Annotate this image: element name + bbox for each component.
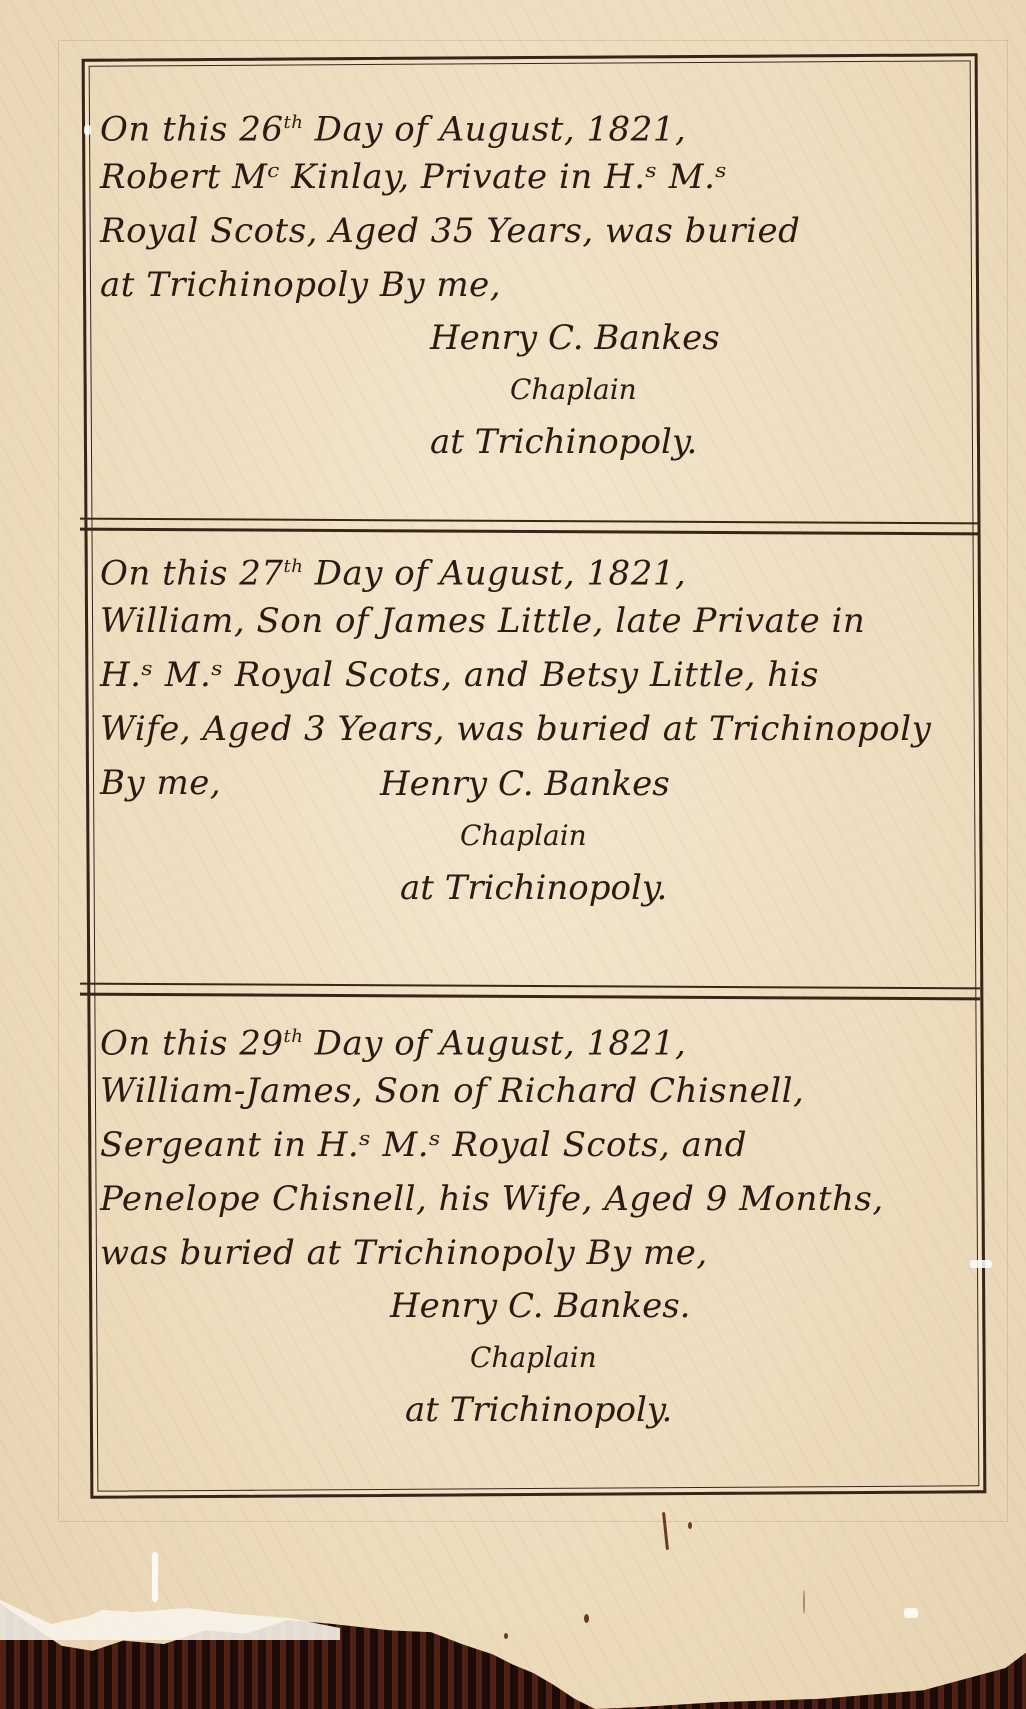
glare-spot <box>152 1552 158 1602</box>
entry-text-line: Royal Scots, Aged 35 Years, was buried <box>100 204 960 258</box>
entry-date-line: On this 29th Day of August, 1821, <box>100 1010 960 1064</box>
entry-text-line: was buried at Trichinopoly By me, <box>100 1226 960 1280</box>
date-suffix: Day of August, 1821, <box>303 553 686 593</box>
entry-date-line: On this 27th Day of August, 1821, <box>100 540 960 594</box>
date-ordinal: th <box>284 112 304 133</box>
ink-mark <box>803 1590 805 1614</box>
signature-place: at Trichinopoly. <box>100 416 960 468</box>
ink-speck <box>504 1633 508 1639</box>
register-page: On this 26th Day of August, 1821, Robert… <box>0 0 1026 1709</box>
entry-text-line: at Trichinopoly By me, <box>100 258 960 312</box>
date-suffix: Day of August, 1821, <box>303 109 686 149</box>
signature-title: Chaplain <box>100 810 960 862</box>
date-prefix: On this 26 <box>100 109 284 149</box>
entry-text-line: William, Son of James Little, late Priva… <box>100 594 960 648</box>
glare-spot <box>970 1260 992 1268</box>
date-ordinal: th <box>284 1026 304 1047</box>
glare-spot <box>84 125 91 135</box>
entry-text-line: H.ˢ M.ˢ Royal Scots, and Betsy Little, h… <box>100 648 960 702</box>
entry-text-line: Robert Mᶜ Kinlay, Private in H.ˢ M.ˢ <box>100 150 960 204</box>
entry-text-line: William-James, Son of Richard Chisnell, <box>100 1064 960 1118</box>
ink-speck <box>688 1522 692 1529</box>
signature-name: Henry C. Bankes. <box>100 1280 960 1332</box>
date-prefix: On this 29 <box>100 1023 284 1063</box>
signature-place: at Trichinopoly. <box>100 1384 960 1436</box>
signature-name: Henry C. Bankes <box>100 312 960 364</box>
entry-date-line: On this 26th Day of August, 1821, <box>100 96 960 150</box>
ink-speck <box>584 1614 589 1623</box>
date-prefix: On this 27 <box>100 553 284 593</box>
entry-text-line: Wife, Aged 3 Years, was buried at Trichi… <box>100 702 960 756</box>
entry-text-line: Sergeant in H.ˢ M.ˢ Royal Scots, and <box>100 1118 960 1172</box>
ink-mark <box>662 1512 669 1550</box>
date-suffix: Day of August, 1821, <box>303 1023 686 1063</box>
burial-entry-3: On this 29th Day of August, 1821, Willia… <box>100 1010 960 1436</box>
glare-spot <box>904 1608 918 1618</box>
signature-place: at Trichinopoly. <box>100 862 960 914</box>
entry-text-line: Penelope Chisnell, his Wife, Aged 9 Mont… <box>100 1172 960 1226</box>
signature-title: Chaplain <box>100 364 960 416</box>
date-ordinal: th <box>284 556 304 577</box>
burial-entry-2: On this 27th Day of August, 1821, Willia… <box>100 540 960 914</box>
signature-name: Henry C. Bankes <box>100 758 960 810</box>
burial-entry-1: On this 26th Day of August, 1821, Robert… <box>100 96 960 468</box>
signature-title: Chaplain <box>100 1332 960 1384</box>
